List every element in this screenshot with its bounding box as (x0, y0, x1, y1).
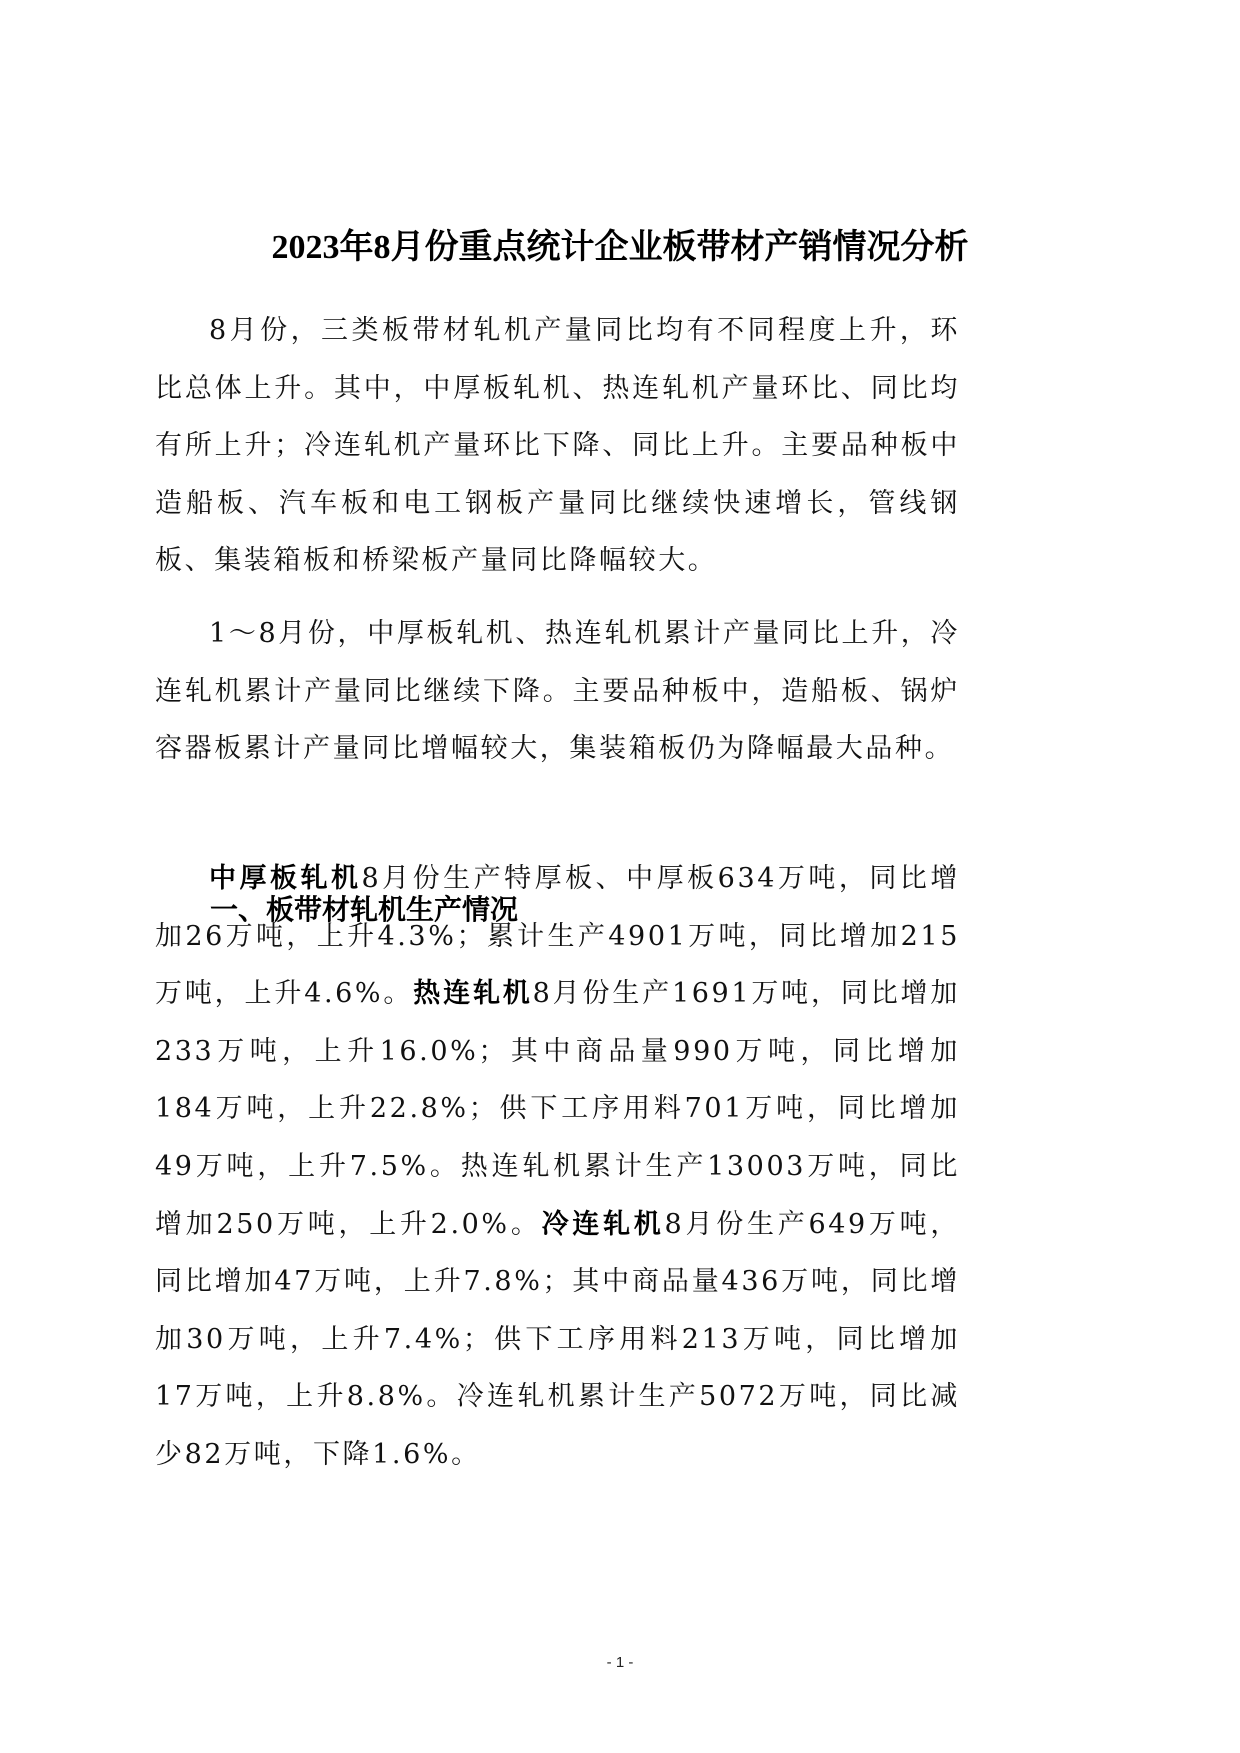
mill-label-hot-strip: 热连轧机 (413, 978, 532, 1009)
page-number: - 1 - (0, 1654, 1240, 1671)
summary-paragraph-jan-aug: 1～8月份，中厚板轧机、热连轧机累计产量同比上升，冷连轧机累计产量同比继续下降。… (155, 605, 960, 778)
summary-paragraph-august: 8月份，三类板带材轧机产量同比均有不同程度上升，环比总体上升。其中，中厚板轧机、… (155, 302, 960, 590)
mill-label-cold-strip: 冷连轧机 (542, 1209, 665, 1240)
mill-production-paragraph: 中厚板轧机8月份生产特厚板、中厚板634万吨，同比增加26万吨，上升4.3%；累… (155, 850, 960, 1484)
mill-label-medium-heavy-plate: 中厚板轧机 (209, 863, 362, 894)
mill-text-cold-strip: 8月份生产649万吨，同比增加47万吨，上升7.8%；其中商品量436万吨，同比… (155, 1209, 960, 1470)
document-title: 2023年8月份重点统计企业板带材产销情况分析 (0, 226, 1240, 270)
mill-text-hot-strip: 8月份生产1691万吨，同比增加233万吨，上升16.0%；其中商品量990万吨… (155, 978, 960, 1239)
document-page: 2023年8月份重点统计企业板带材产销情况分析 8月份，三类板带材轧机产量同比均… (0, 0, 1240, 1753)
